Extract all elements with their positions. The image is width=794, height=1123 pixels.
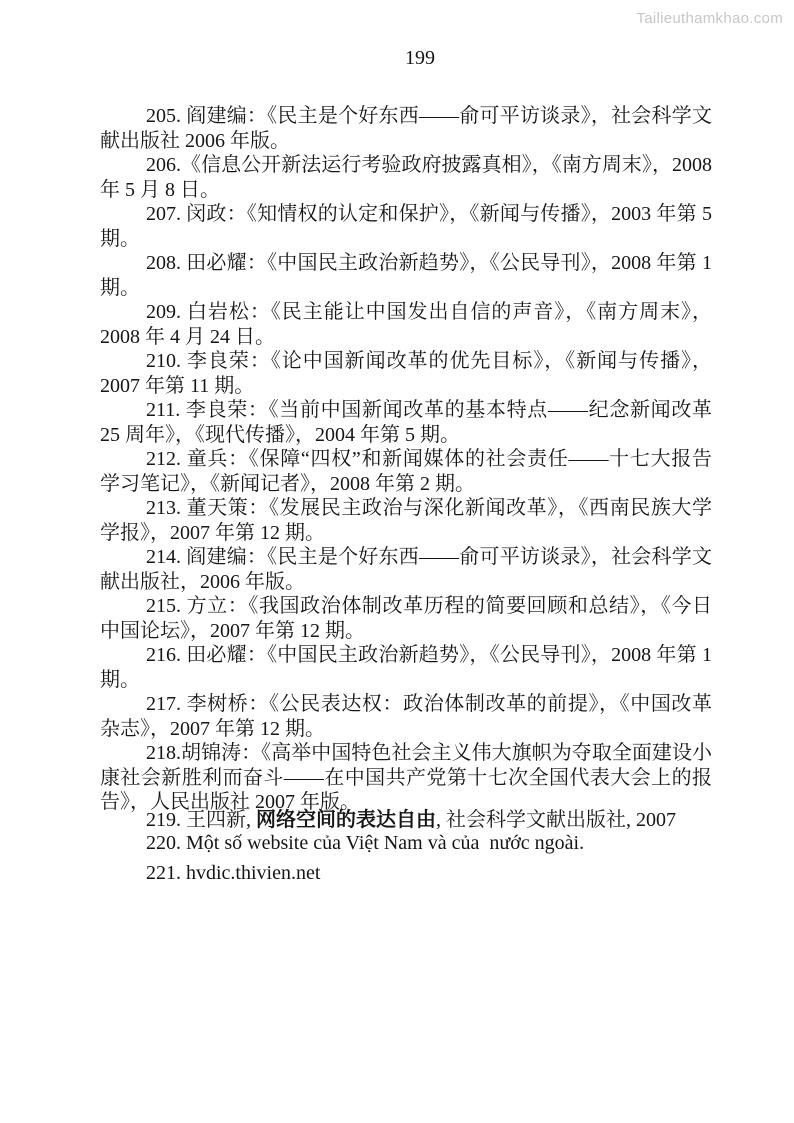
reference-item-205: 205. 阎建编：《民主是个好东西——俞可平访谈录》，社会科学文献出版社 200… [100, 104, 712, 153]
reference-item-219: 219. 王四新, 网络空间的表达自由, 社会科学文献出版社, 2007 [100, 809, 712, 832]
reference-item-216: 216. 田必耀：《中国民主政治新趋势》，《公民导刊》，2008 年第 1 期。 [100, 643, 712, 692]
reference-item-215: 215. 方立：《我国政治体制改革历程的简要回顾和总结》，《今日中国论坛》，20… [100, 594, 712, 643]
page-number: 199 [114, 47, 726, 70]
watermark-text: Tailieuthamkhao.com [636, 10, 783, 27]
reference-item-211: 211. 李良荣：《当前中国新闻改革的基本特点——纪念新闻改革 25 周年》，《… [100, 398, 712, 447]
document-page: Tailieuthamkhao.com 199 205. 阎建编：《民主是个好东… [0, 0, 794, 1123]
reference-item-221: 221. hvdic.thivien.net [100, 862, 712, 885]
reference-item-220: 220. Một số website của Việt Nam và của … [100, 832, 712, 855]
reference-item-212: 212. 童兵：《保障“四权”和新闻媒体的社会责任——十七大报告学习笔记》，《新… [100, 447, 712, 496]
reference-item-209: 209. 白岩松：《民主能让中国发出自信的声音》，《南方周末》，2008 年 4… [100, 300, 712, 349]
reference-219-bold-title: 网络空间的表达自由 [256, 809, 436, 831]
reference-219-prefix: 219. 王四新, [146, 809, 256, 831]
reference-item-218: 218.胡锦涛：《高举中国特色社会主义伟大旗帜为夺取全面建设小康社会新胜利而奋斗… [100, 741, 712, 815]
reference-219-suffix: , 社会科学文献出版社, 2007 [436, 809, 676, 831]
reference-item-213: 213. 董天策：《发展民主政治与深化新闻改革》，《西南民族大学学报》，2007… [100, 496, 712, 545]
references-list: 205. 阎建编：《民主是个好东西——俞可平访谈录》，社会科学文献出版社 200… [100, 104, 712, 885]
reference-item-208: 208. 田必耀：《中国民主政治新趋势》，《公民导刊》，2008 年第 1 期。 [100, 251, 712, 300]
reference-item-206: 206.《信息公开新法运行考验政府披露真相》，《南方周末》，2008 年 5 月… [100, 153, 712, 202]
reference-item-207: 207. 闵政：《知情权的认定和保护》，《新闻与传播》，2003 年第 5 期。 [100, 202, 712, 251]
reference-item-217: 217. 李树桥：《公民表达权：政治体制改革的前提》，《中国改革杂志》，2007… [100, 692, 712, 741]
reference-item-214: 214. 阎建编：《民主是个好东西——俞可平访谈录》，社会科学文献出版社，200… [100, 545, 712, 594]
reference-item-210: 210. 李良荣：《论中国新闻改革的优先目标》，《新闻与传播》，2007 年第 … [100, 349, 712, 398]
